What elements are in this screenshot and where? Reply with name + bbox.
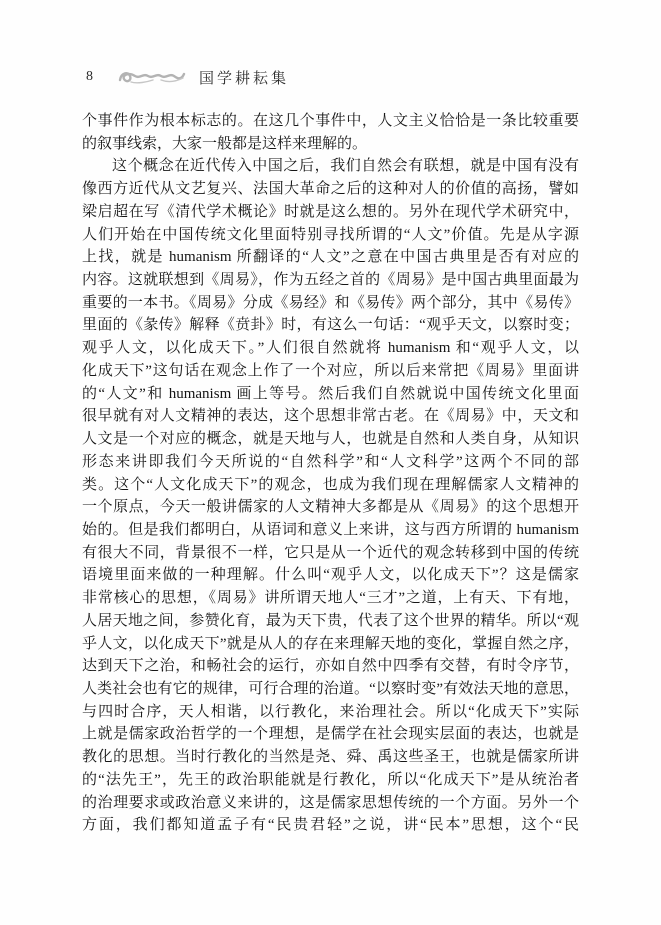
- text-line: 的治理要求或政治意义来讲的，这是儒家思想传统的一个方面。另外一个: [82, 792, 579, 815]
- text-line: 始的。但是我们都明白，从语词和意义上来讲，这与西方所谓的 humanism: [82, 519, 579, 542]
- text-line: 很早就有对人文精神的表达，这个思想非常古老。在《周易》中，天文和: [82, 405, 579, 428]
- text-line: 上找，就是 humanism 所翻译的“人文”之意在中国古典里是否有对应的: [82, 246, 579, 269]
- text-line: 乎人文，以化成天下”就是从人的存在来理解天地的变化，掌握自然之序，: [82, 633, 579, 656]
- text-line: 内容。这就联想到《周易》，作为五经之首的《周易》是中国古典里面最为: [82, 269, 579, 292]
- text-line: 的“人文”和 humanism 画上等号。然后我们自然就说中国传统文化里面: [82, 383, 579, 406]
- book-title: 国学耕耘集: [199, 67, 289, 88]
- text-line: 梁启超在写《清代学术概论》时就是这么想的。另外在现代学术研究中，: [82, 201, 579, 224]
- flourish-scroll-icon: [117, 68, 187, 86]
- text-line: 与四时合序，天人相谐，以行教化，来治理社会。所以“化成天下”实际: [82, 701, 579, 724]
- text-line: 方面，我们都知道孟子有“民贵君轻”之说，讲“民本”思想，这个“民: [82, 814, 579, 837]
- text-line: 人文是一个对应的概念，就是天地与人，也就是自然和人类自身，从知识: [82, 428, 579, 451]
- text-line: 重要的一本书。《周易》分成《易经》和《易传》两个部分，其中《易传》: [82, 292, 579, 315]
- book-page: 8 国学耕耘集 个事件作为根本标志的。在这几个事件中，人文主义恰恰是一条比较重要…: [0, 0, 661, 925]
- text-line: 人居天地之间，参赞化育，最为天下贵，代表了这个世界的精华。所以“观: [82, 610, 579, 633]
- text-line: 非常核心的思想，《周易》讲所谓天地人“三才”之道，上有天、下有地，: [82, 587, 579, 610]
- page-number: 8: [86, 69, 93, 85]
- text-line: 个事件作为根本标志的。在这几个事件中，人文主义恰恰是一条比较重要: [82, 110, 579, 133]
- text-line: 人类社会也有它的规律，可行合理的治道。“以察时变”有效法天地的意思，: [82, 678, 579, 701]
- text-line: 观乎人文，以化成天下。”人们很自然就将 humanism 和“观乎人文，以: [82, 337, 579, 360]
- text-line: 像西方近代从文艺复兴、法国大革命之后的这种对人的价值的高扬，譬如: [82, 178, 579, 201]
- text-line: 的叙事线索，大家一般都是这样来理解的。: [82, 133, 579, 156]
- text-line: 这个概念在近代传入中国之后，我们自然会有联想，就是中国有没有: [82, 155, 579, 178]
- text-line: 化成天下”这句话在观念上作了一个对应，所以后来常把《周易》里面讲: [82, 360, 579, 383]
- text-line: 类。这个“人文化成天下”的观念，也成为我们现在理解儒家人文精神的: [82, 474, 579, 497]
- text-line: 的“法先王”，先王的政治职能就是行教化，所以“化成天下”是从统治者: [82, 769, 579, 792]
- text-line: 有很大不同，背景很不一样，它只是从一个近代的观念转移到中国的传统: [82, 542, 579, 565]
- text-line: 形态来讲即我们今天所说的“自然科学”和“人文科学”这两个不同的部: [82, 451, 579, 474]
- page-header: 8 国学耕耘集: [86, 64, 289, 90]
- text-line: 里面的《彖传》解释《贲卦》时，有这么一句话：“观乎天文，以察时变；: [82, 314, 579, 337]
- text-line: 达到天下之治，和畅社会的运行，亦如自然中四季有交替，有时令序节，: [82, 655, 579, 678]
- text-line: 一个原点，今天一般讲儒家的人文精神大多都是从《周易》的这个思想开: [82, 496, 579, 519]
- text-line: 上就是儒家政治哲学的一个理想，是儒学在社会现实层面的表达，也就是: [82, 723, 579, 746]
- text-line: 语境里面来做的一种理解。什么叫“观乎人文，以化成天下”？这是儒家: [82, 564, 579, 587]
- text-line: 人们开始在中国传统文化里面特别寻找所谓的“人文”价值。先是从字源: [82, 224, 579, 247]
- text-line: 教化的思想。当时行教化的当然是尧、舜、禹这些圣王，也就是儒家所讲: [82, 746, 579, 769]
- body-text: 个事件作为根本标志的。在这几个事件中，人文主义恰恰是一条比较重要的叙事线索，大家…: [82, 110, 579, 837]
